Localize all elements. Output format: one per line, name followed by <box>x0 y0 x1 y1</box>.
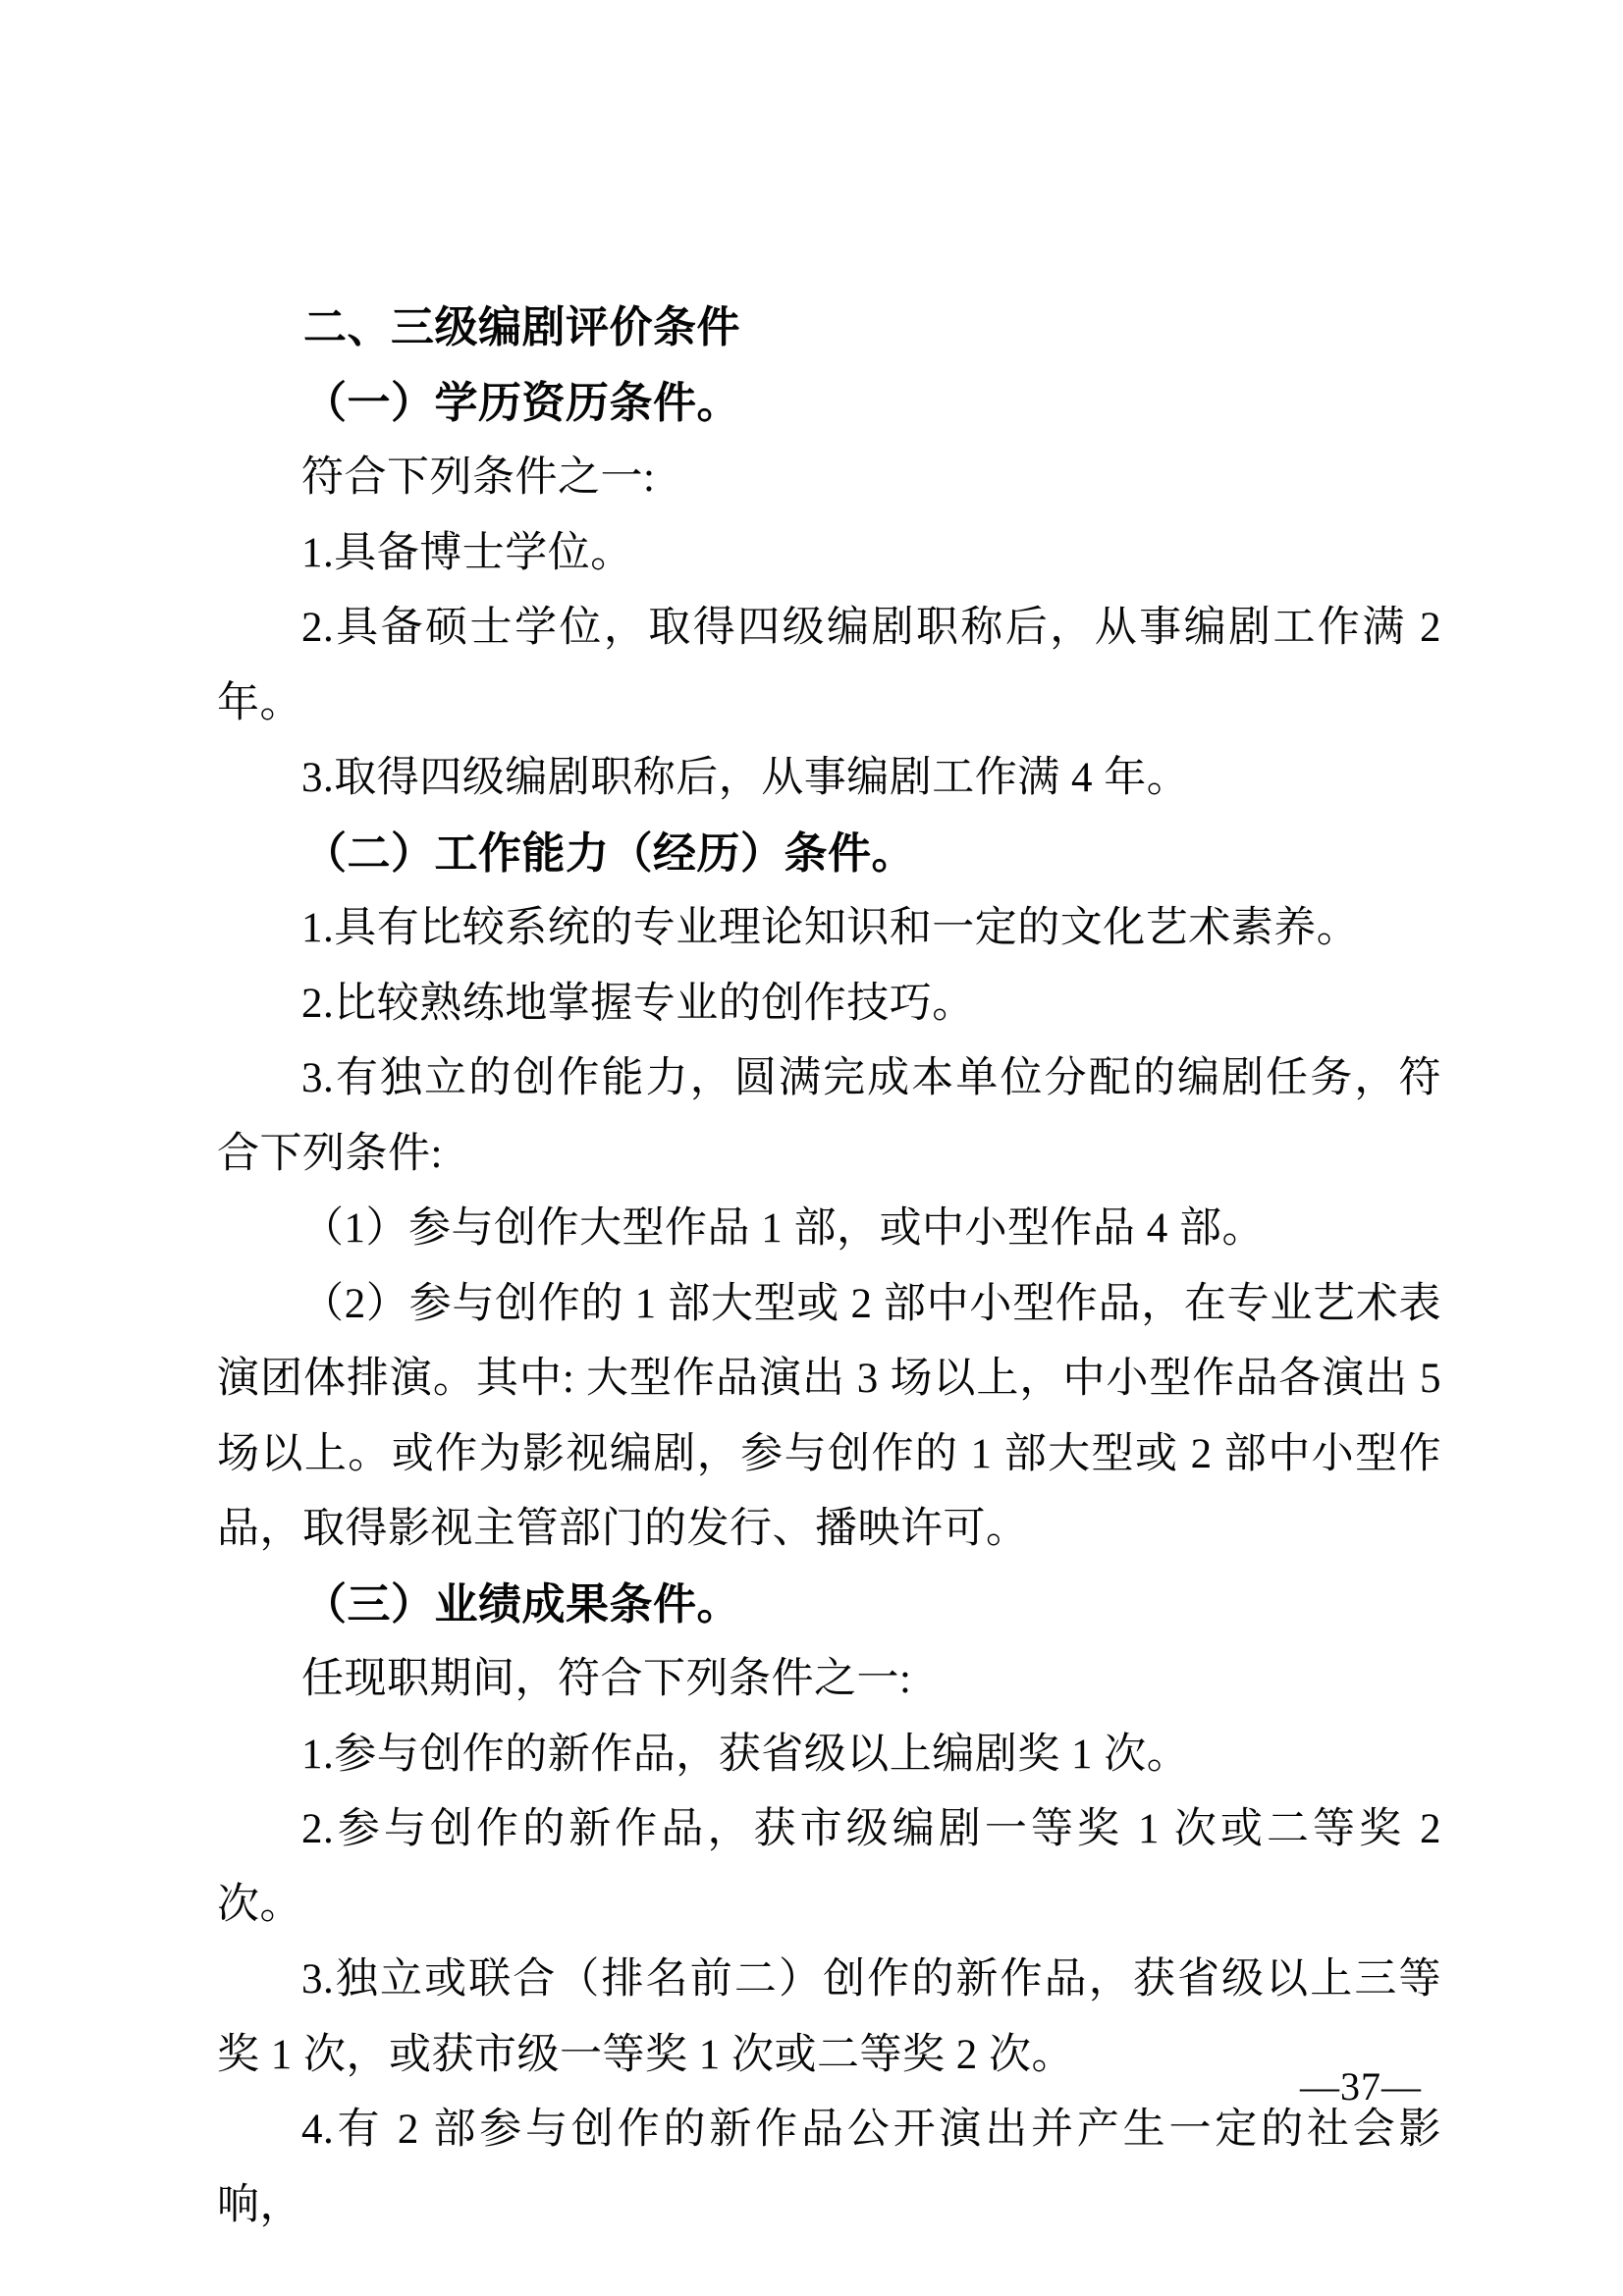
document-page: 二、三级编剧评价条件 （一）学历资历条件。 符合下列条件之一: 1.具备博士学位… <box>0 0 1623 2296</box>
paragraph-achv-item-1: 1.参与创作的新作品，获省级以上编剧奖 1 次。 <box>217 1718 1441 1793</box>
subheading-achievements: （三）业绩成果条件。 <box>217 1568 1441 1643</box>
paragraph-achv-item-4: 4.有 2 部参与创作的新作品公开演出并产生一定的社会影响， <box>217 2093 1441 2243</box>
paragraph-tenure-intro: 任现职期间，符合下列条件之一: <box>217 1642 1441 1718</box>
section-heading: 二、三级编剧评价条件 <box>217 291 1441 366</box>
subheading-work-ability: （二）工作能力（经历）条件。 <box>217 817 1441 892</box>
paragraph-ability-sub-2: （2）参与创作的 1 部大型或 2 部中小型作品，在专业艺术表演团体排演。其中:… <box>217 1267 1441 1568</box>
subheading-education: （一）学历资历条件。 <box>217 366 1441 442</box>
paragraph-achv-item-2: 2.参与创作的新作品，获市级编剧一等奖 1 次或二等奖 2 次。 <box>217 1792 1441 1943</box>
paragraph-edu-item-2: 2.具备硕士学位，取得四级编剧职称后，从事编剧工作满 2 年。 <box>217 591 1441 741</box>
paragraph-achv-item-3: 3.独立或联合（排名前二）创作的新作品，获省级以上三等奖 1 次，或获市级一等奖… <box>217 1943 1441 2093</box>
paragraph-edu-item-3: 3.取得四级编剧职称后，从事编剧工作满 4 年。 <box>217 741 1441 817</box>
page-number: —37— <box>1300 2064 1422 2109</box>
paragraph-ability-item-2: 2.比较熟练地掌握专业的创作技巧。 <box>217 967 1441 1042</box>
paragraph-ability-item-3: 3.有独立的创作能力，圆满完成本单位分配的编剧任务，符合下列条件: <box>217 1041 1441 1192</box>
paragraph-intro-conditions: 符合下列条件之一: <box>217 441 1441 516</box>
paragraph-ability-item-1: 1.具有比较系统的专业理论知识和一定的文化艺术素养。 <box>217 891 1441 967</box>
document-body: 二、三级编剧评价条件 （一）学历资历条件。 符合下列条件之一: 1.具备博士学位… <box>217 291 1441 2243</box>
paragraph-ability-sub-1: （1）参与创作大型作品 1 部，或中小型作品 4 部。 <box>217 1192 1441 1267</box>
paragraph-edu-item-1: 1.具备博士学位。 <box>217 516 1441 592</box>
